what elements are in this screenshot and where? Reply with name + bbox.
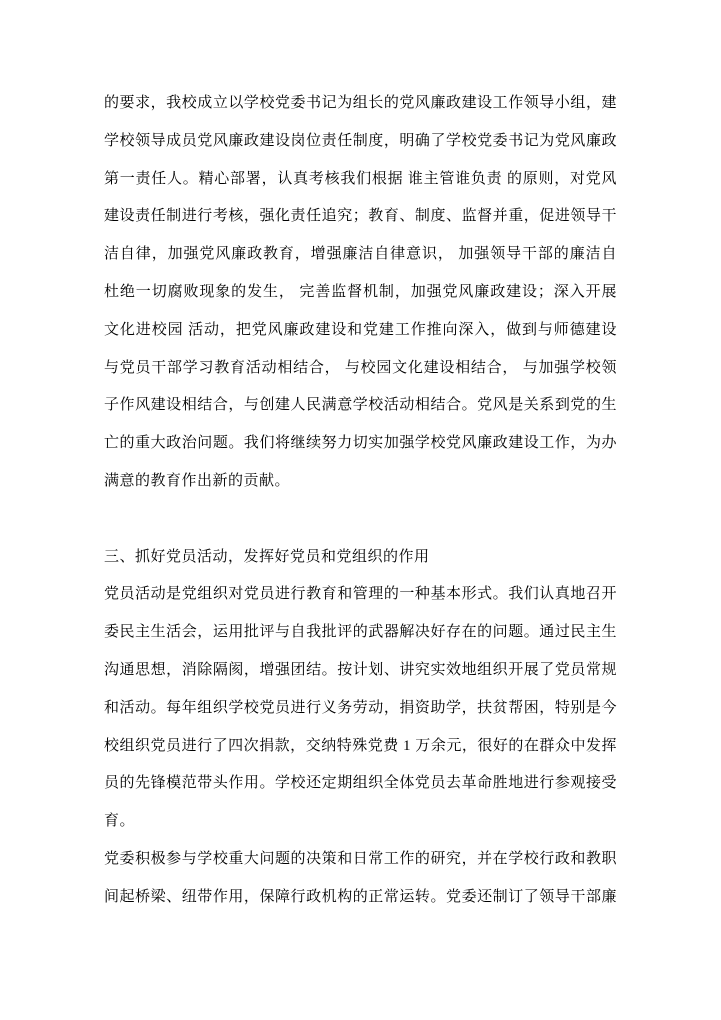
document-page: 的要求，我校成立以学校党委书记为组长的党风廉政建设工作领导小组，建立了 学校领导… xyxy=(0,0,721,1020)
text-line: 洁自律，加强党风廉政教育，增强廉洁自律意识， 加强领导干部的廉洁自律， xyxy=(104,236,617,274)
text-line: 亡的重大政治问题。我们将继续努力切实加强学校党风廉政建设工作，为办人民 xyxy=(104,425,617,463)
text-line: 与党员干部学习教育活动相结合， 与校园文化建设相结合， 与加强学校领导班 xyxy=(104,350,617,388)
text-line: 和活动。每年组织学校党员进行义务劳动，捐资助学，扶贫帮困，特别是今年学 xyxy=(104,690,617,728)
text-line: 杜绝一切腐败现象的发生， 完善监督机制，加强党风廉政建设；深入开展 廉政 xyxy=(104,274,617,312)
paragraph-last-line: 育。 xyxy=(104,803,617,841)
text-line: 员的先锋模范带头作用。学校还定期组织全体党员去革命胜地进行参观接受再教 xyxy=(104,765,617,803)
paragraph-last-line: 满意的教育作出新的贡献。 xyxy=(104,463,617,501)
text-line: 党员活动是党组织对党员进行教育和管理的一种基本形式。我们认真地召开了党 xyxy=(104,576,617,614)
text-line: 学校领导成员党风廉政建设岗位责任制度，明确了学校党委书记为党风廉政建设 xyxy=(104,123,617,161)
text-line: 党委积极参与学校重大问题的决策和日常工作的研究，并在学校行政和教职工之 xyxy=(104,841,617,879)
text-line: 第一责任人。精心部署，认真考核我们根据 谁主管谁负责 的原则，对党风廉政 xyxy=(104,161,617,199)
blank-line xyxy=(104,501,617,539)
text-line: 委民主生活会，运用批评与自我批评的武器解决好存在的问题。通过民主生活会 xyxy=(104,614,617,652)
text-line: 子作风建设相结合，与创建人民满意学校活动相结合。党风是关系到党的生死存 xyxy=(104,387,617,425)
text-line: 校组织党员进行了四次捐款，交纳特殊党费 1 万余元，很好的在群众中发挥了党 xyxy=(104,728,617,766)
text-line: 的要求，我校成立以学校党委书记为组长的党风廉政建设工作领导小组，建立了 xyxy=(104,85,617,123)
text-line: 沟通思想，消除隔阂，增强团结。按计划、讲究实效地组织开展了党员常规学习 xyxy=(104,652,617,690)
text-line: 建设责任制进行考核，强化责任追究；教育、制度、监督并重，促进领导干部廉 xyxy=(104,198,617,236)
text-line: 间起桥梁、纽带作用，保障行政机构的正常运转。党委还制订了领导干部廉洁自 xyxy=(104,879,617,917)
section-heading: 三、抓好党员活动，发挥好党员和党组织的作用 xyxy=(104,539,617,577)
text-line: 文化进校园 活动，把党风廉政建设和党建工作推向深入，做到与师德建设结合， xyxy=(104,312,617,350)
